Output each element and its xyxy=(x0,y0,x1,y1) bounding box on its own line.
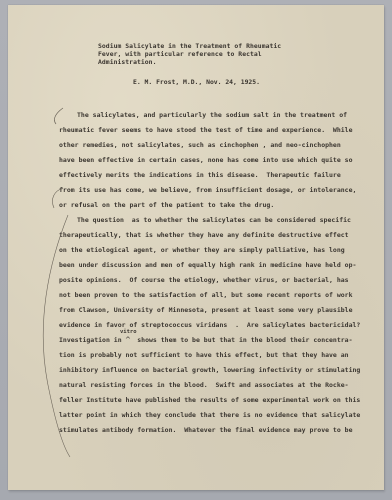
typewritten-page: Sodium Salicylate in the Treatment of Rh… xyxy=(8,5,384,490)
pencil-margin-bracket-icon xyxy=(8,5,384,490)
scanned-document-background: Sodium Salicylate in the Treatment of Rh… xyxy=(0,0,392,500)
